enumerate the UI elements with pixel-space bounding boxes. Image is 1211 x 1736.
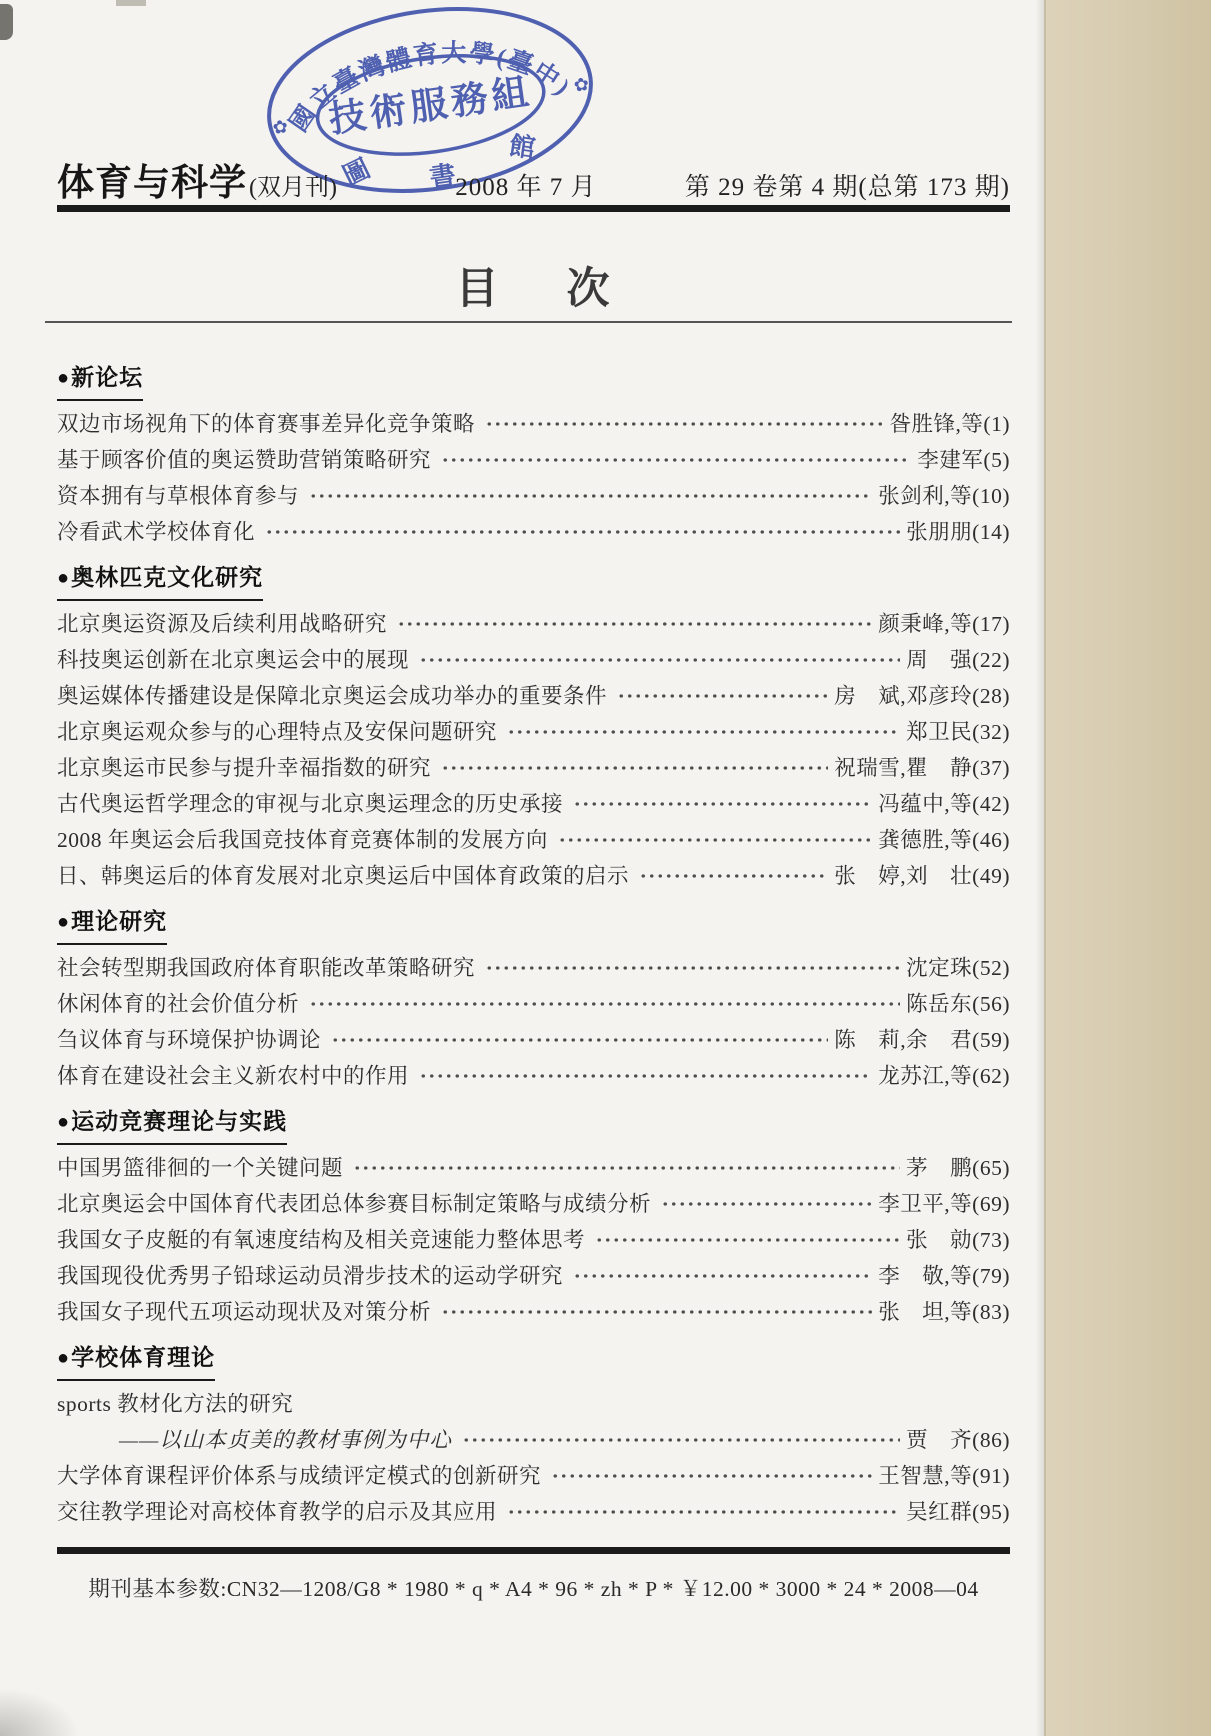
toc-entry-author-page: 张朋朋(14)	[906, 514, 1010, 550]
toc-section-label-text: 理论研究	[71, 908, 167, 934]
dot-leader	[441, 759, 828, 777]
dot-leader	[617, 687, 828, 705]
dot-leader	[265, 523, 900, 541]
toc-entry-title: 奥运媒体传播建设是保障北京奥运会成功举办的重要条件	[57, 678, 607, 714]
toc-entry-author-page: 李建军(5)	[917, 442, 1010, 478]
dot-leader	[507, 723, 900, 741]
dot-leader	[661, 1195, 872, 1213]
dot-leader	[353, 1159, 900, 1177]
journal-title: 体育与科学	[57, 162, 247, 203]
toc-section-label-text: 学校体育理论	[71, 1344, 215, 1370]
toc-entry-author-page: 张 婷,刘 壮(49)	[834, 858, 1010, 894]
dot-leader	[573, 1267, 872, 1285]
toc-section-label-text: 运动竞赛理论与实践	[71, 1108, 287, 1134]
dot-leader	[558, 831, 872, 849]
toc-entry-title: 社会转型期我国政府体育职能改革策略研究	[57, 950, 475, 986]
dot-leader	[309, 487, 872, 505]
toc-entry: 北京奥运会中国体育代表团总体参赛目标制定策略与成绩分析李卫平,等(69)	[57, 1186, 1010, 1222]
toc-entry-title: 休闲体育的社会价值分析	[57, 986, 299, 1022]
toc-entry: 古代奥运哲学理念的审视与北京奥运理念的历史承接冯蕴中,等(42)	[57, 786, 1010, 822]
dot-leader	[419, 1067, 872, 1085]
toc-entry-title: 我国女子现代五项运动现状及对策分析	[57, 1294, 431, 1330]
dot-leader	[595, 1231, 900, 1249]
toc-entry: 双边市场视角下的体育赛事差异化竞争策略昝胜锋,等(1)	[57, 406, 1010, 442]
toc-entry-title: 2008 年奥运会后我国竞技体育竞赛体制的发展方向	[57, 822, 548, 858]
toc-section-label: ●新论坛	[57, 357, 143, 401]
section-bullet-icon: ●	[57, 1347, 70, 1369]
toc-entry-title: 北京奥运资源及后续利用战略研究	[57, 606, 387, 642]
toc-entry: 北京奥运观众参与的心理特点及安保问题研究郑卫民(32)	[57, 714, 1010, 750]
toc-entry-title: 我国现役优秀男子铅球运动员滑步技术的运动学研究	[57, 1258, 563, 1294]
toc-entry-subtitle-row: ——以山本贞美的教材事例为中心贾 齐(86)	[57, 1422, 1010, 1458]
toc-entry: 我国现役优秀男子铅球运动员滑步技术的运动学研究李 敬,等(79)	[57, 1258, 1010, 1294]
toc-entry-title: 古代奥运哲学理念的审视与北京奥运理念的历史承接	[57, 786, 563, 822]
toc-entry-author-page: 张 坦,等(83)	[878, 1294, 1010, 1330]
toc-entry: 体育在建设社会主义新农村中的作用龙苏江,等(62)	[57, 1058, 1010, 1094]
page-title-char: 目	[456, 266, 501, 313]
toc-entry: 休闲体育的社会价值分析陈岳东(56)	[57, 986, 1010, 1022]
dot-leader	[485, 415, 884, 433]
toc-entry-subtitle: ——以山本贞美的教材事例为中心	[57, 1422, 452, 1458]
dot-leader	[573, 795, 872, 813]
dot-leader	[309, 995, 900, 1013]
toc-entry-title: 科技奥运创新在北京奥运会中的展现	[57, 642, 409, 678]
toc-entry: 资本拥有与草根体育参与张剑利,等(10)	[57, 478, 1010, 514]
toc-entry: 基于顾客价值的奥运赞助营销策略研究李建军(5)	[57, 442, 1010, 478]
title-divider	[45, 321, 1012, 323]
toc-entry-title: 体育在建设社会主义新农村中的作用	[57, 1058, 409, 1094]
dot-leader	[462, 1431, 900, 1449]
toc-section-header: ●理论研究	[57, 901, 1010, 945]
toc-entry-title: 北京奥运市民参与提升幸福指数的研究	[57, 750, 431, 786]
dot-leader	[441, 1303, 872, 1321]
toc-entry: 科技奥运创新在北京奥运会中的展现周 强(22)	[57, 642, 1010, 678]
toc-section-label-text: 奥林匹克文化研究	[71, 564, 263, 590]
masthead-divider	[57, 205, 1010, 212]
toc-entry-author-page: 王智慧,等(91)	[878, 1458, 1010, 1494]
toc-section-label: ●理论研究	[57, 901, 167, 945]
toc-entry-author-page: 龚德胜,等(46)	[878, 822, 1010, 858]
toc-entry: 北京奥运市民参与提升幸福指数的研究祝瑞雪,瞿 静(37)	[57, 750, 1010, 786]
toc-entry-author-page: 陈岳东(56)	[906, 986, 1010, 1022]
dot-leader	[331, 1031, 828, 1049]
journal-title-group: 体育与科学(双月刊)	[57, 152, 337, 206]
toc-entry-title: 北京奥运会中国体育代表团总体参赛目标制定策略与成绩分析	[57, 1186, 651, 1222]
toc-entry-author-page: 颜秉峰,等(17)	[878, 606, 1010, 642]
toc-section-label: ●奥林匹克文化研究	[57, 557, 263, 601]
toc-section-header: ●学校体育理论	[57, 1337, 1010, 1381]
toc-entry: 日、韩奥运后的体育发展对北京奥运后中国体育政策的启示张 婷,刘 壮(49)	[57, 858, 1010, 894]
toc-section-label: ●学校体育理论	[57, 1337, 215, 1381]
toc-section-header: ●奥林匹克文化研究	[57, 557, 1010, 601]
toc-entry-author-page: 李卫平,等(69)	[878, 1186, 1010, 1222]
toc-entry: 刍议体育与环境保护协调论陈 莉,余 君(59)	[57, 1022, 1010, 1058]
page-edge-strip	[1044, 0, 1211, 1736]
toc-entry-title: 资本拥有与草根体育参与	[57, 478, 299, 514]
toc-entry-title: sports 教材化方法的研究	[57, 1386, 293, 1422]
toc-entry: 交往教学理论对高校体育教学的启示及其应用吴红群(95)	[57, 1494, 1010, 1530]
toc-entry-author-page: 郑卫民(32)	[906, 714, 1010, 750]
toc-entry-author-page: 陈 莉,余 君(59)	[834, 1022, 1010, 1058]
toc-section-label: ●运动竞赛理论与实践	[57, 1101, 287, 1145]
toc-entry-author-page: 张 勍(73)	[906, 1222, 1010, 1258]
toc-entry: 奥运媒体传播建设是保障北京奥运会成功举办的重要条件房 斌,邓彦玲(28)	[57, 678, 1010, 714]
toc-entry-title: 冷看武术学校体育化	[57, 514, 255, 550]
toc-entry-author-page: 祝瑞雪,瞿 静(37)	[834, 750, 1010, 786]
toc-section-label-text: 新论坛	[71, 364, 143, 390]
dot-leader	[639, 867, 828, 885]
toc-entry-title: 刍议体育与环境保护协调论	[57, 1022, 321, 1058]
issue-date: 2008 年 7 月	[455, 167, 596, 203]
section-bullet-icon: ●	[57, 367, 70, 389]
toc-entry: 大学体育课程评价体系与成绩评定模式的创新研究王智慧,等(91)	[57, 1458, 1010, 1494]
toc: ●新论坛双边市场视角下的体育赛事差异化竞争策略昝胜锋,等(1)基于顾客价值的奥运…	[57, 350, 1010, 1530]
toc-entry-author-page: 张剑利,等(10)	[878, 478, 1010, 514]
dot-leader	[441, 451, 911, 469]
toc-entry-author-page: 茅 鹏(65)	[906, 1150, 1010, 1186]
dot-leader	[419, 651, 900, 669]
toc-entry-author-page: 吴红群(95)	[906, 1494, 1010, 1530]
page-title-char: 次	[567, 266, 612, 313]
section-bullet-icon: ●	[57, 1111, 70, 1133]
toc-entry: 社会转型期我国政府体育职能改革策略研究沈定珠(52)	[57, 950, 1010, 986]
toc-entry: 我国女子现代五项运动现状及对策分析张 坦,等(83)	[57, 1294, 1010, 1330]
journal-subtitle: (双月刊)	[249, 175, 337, 201]
toc-entry: 北京奥运资源及后续利用战略研究颜秉峰,等(17)	[57, 606, 1010, 642]
toc-entry-author-page: 房 斌,邓彦玲(28)	[834, 678, 1010, 714]
toc-entry-title: 中国男篮徘徊的一个关键问题	[57, 1150, 343, 1186]
section-bullet-icon: ●	[57, 567, 70, 589]
toc-entry-author-page: 贾 齐(86)	[906, 1422, 1010, 1458]
stamp-flower-icon-left: ✿	[271, 116, 289, 138]
stamp-flower-icon-right: ✿	[572, 74, 590, 96]
toc-entry-title: 大学体育课程评价体系与成绩评定模式的创新研究	[57, 1458, 541, 1494]
toc-entry: sports 教材化方法的研究	[57, 1386, 1010, 1422]
toc-entry-author-page: 周 强(22)	[906, 642, 1010, 678]
dot-leader	[551, 1467, 872, 1485]
toc-entry-title: 日、韩奥运后的体育发展对北京奥运后中国体育政策的启示	[57, 858, 629, 894]
toc-entry-author-page: 冯蕴中,等(42)	[878, 786, 1010, 822]
issue-number: 第 29 卷第 4 期(总第 173 期)	[685, 167, 1010, 203]
dot-leader	[507, 1503, 900, 1521]
toc-entry-author-page: 龙苏江,等(62)	[878, 1058, 1010, 1094]
dot-leader	[397, 615, 872, 633]
journal-parameters: 期刊基本参数:CN32—1208/G8 * 1980 * q * A4 * 96…	[57, 1572, 1010, 1603]
toc-entry: 冷看武术学校体育化张朋朋(14)	[57, 514, 1010, 550]
scan-speck	[116, 0, 146, 6]
toc-entry-author-page: 昝胜锋,等(1)	[890, 406, 1010, 442]
toc-entry: 我国女子皮艇的有氧速度结构及相关竞速能力整体思考张 勍(73)	[57, 1222, 1010, 1258]
footer-divider	[57, 1547, 1010, 1554]
toc-entry: 2008 年奥运会后我国竞技体育竞赛体制的发展方向龚德胜,等(46)	[57, 822, 1010, 858]
dot-leader	[485, 959, 900, 977]
toc-entry-title: 北京奥运观众参与的心理特点及安保问题研究	[57, 714, 497, 750]
section-bullet-icon: ●	[57, 911, 70, 933]
toc-entry-title: 我国女子皮艇的有氧速度结构及相关竞速能力整体思考	[57, 1222, 585, 1258]
scan-speck	[0, 4, 13, 40]
scanned-journal-page: { "colors":{"stamp_blue":"#4254ac","pape…	[0, 0, 1211, 1736]
toc-entry: 中国男篮徘徊的一个关键问题茅 鹏(65)	[57, 1150, 1010, 1186]
scan-smudge	[0, 1688, 80, 1736]
page-edge-shadow	[1036, 0, 1046, 1736]
toc-entry-author-page: 李 敬,等(79)	[878, 1258, 1010, 1294]
page-title: 目次	[57, 255, 1010, 316]
toc-entry-author-page: 沈定珠(52)	[906, 950, 1010, 986]
toc-entry-title: 交往教学理论对高校体育教学的启示及其应用	[57, 1494, 497, 1530]
toc-section-header: ●新论坛	[57, 357, 1010, 401]
toc-entry-title: 基于顾客价值的奥运赞助营销策略研究	[57, 442, 431, 478]
toc-section-header: ●运动竞赛理论与实践	[57, 1101, 1010, 1145]
masthead: 体育与科学(双月刊) 2008 年 7 月 第 29 卷第 4 期(总第 173…	[57, 152, 1010, 206]
toc-entry-title: 双边市场视角下的体育赛事差异化竞争策略	[57, 406, 475, 442]
